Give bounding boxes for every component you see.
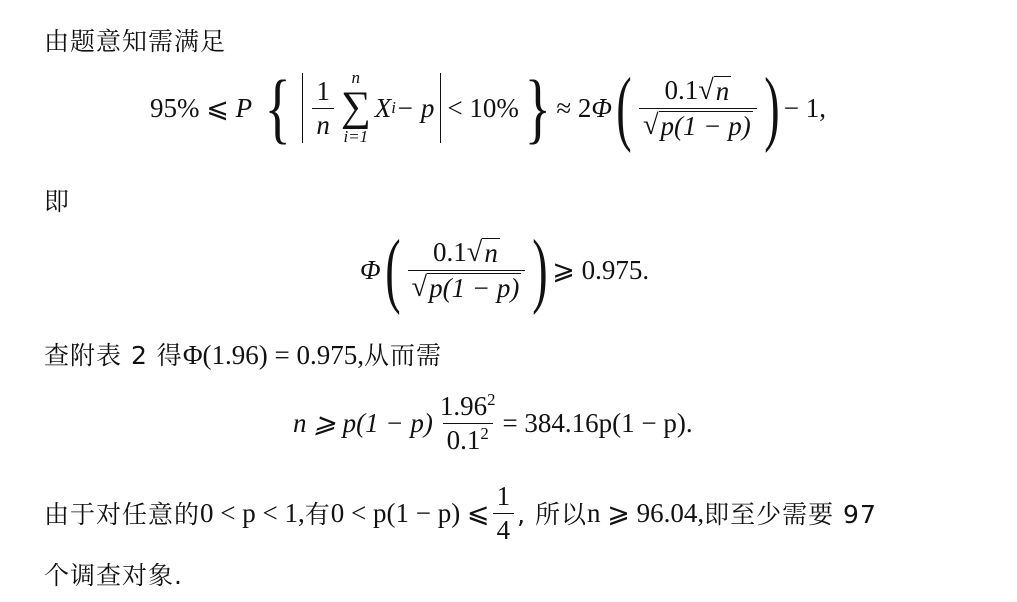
eq1-minus-p: − p xyxy=(396,93,434,124)
right-brace: } xyxy=(525,69,551,147)
quarter-fraction: 1 4 xyxy=(493,482,515,544)
equation-probability-bound: 95% ⩽ P { 1 n n ∑ i=1 Xi − p < 10% } ≈ 2… xyxy=(150,58,826,158)
right-paren: ) xyxy=(533,228,548,312)
right-abs-bar xyxy=(440,73,441,143)
eq1-frac-1-over-n: 1 n xyxy=(312,77,334,139)
equation-phi-bound: Φ ( 0.1√n √p(1 − p) ) ⩾ 0.975. xyxy=(360,222,649,318)
eq1-X: X xyxy=(375,93,392,124)
ji-text: 即 xyxy=(44,182,70,218)
summation: n ∑ i=1 xyxy=(341,69,371,146)
eq1-P: P xyxy=(236,93,253,124)
eq1-approx: ≈ 2 xyxy=(556,93,591,124)
right-paren: ) xyxy=(764,66,779,150)
intro-text: 由题意知需满足 xyxy=(44,22,226,58)
eq3-fraction: 1.962 0.12 xyxy=(436,392,500,454)
lookup-line: 查附表 2 得 Φ(1.96) = 0.975, 从而需 xyxy=(44,336,442,372)
eq1-tail: − 1, xyxy=(784,93,826,124)
conclusion-last-line: 个调查对象. xyxy=(44,556,183,592)
left-abs-bar xyxy=(302,73,303,143)
conclusion-line: 由于对任意的 0 < p < 1, 有 0 < p(1 − p) ⩽ 1 4 ,… xyxy=(44,478,877,548)
left-paren: ( xyxy=(616,66,631,150)
left-brace: { xyxy=(264,69,290,147)
left-paren: ( xyxy=(385,228,400,312)
eq1-lhs: 95% ⩽ xyxy=(150,93,229,124)
eq1-main-fraction: 0.1√n √p(1 − p) xyxy=(639,76,757,140)
equation-n-bound: n ⩾ p(1 − p) 1.962 0.12 = 384.16p(1 − p)… xyxy=(293,385,693,461)
eq2-fraction: 0.1√n √p(1 − p) xyxy=(408,238,526,302)
eq1-lt: < 10% xyxy=(447,93,518,124)
